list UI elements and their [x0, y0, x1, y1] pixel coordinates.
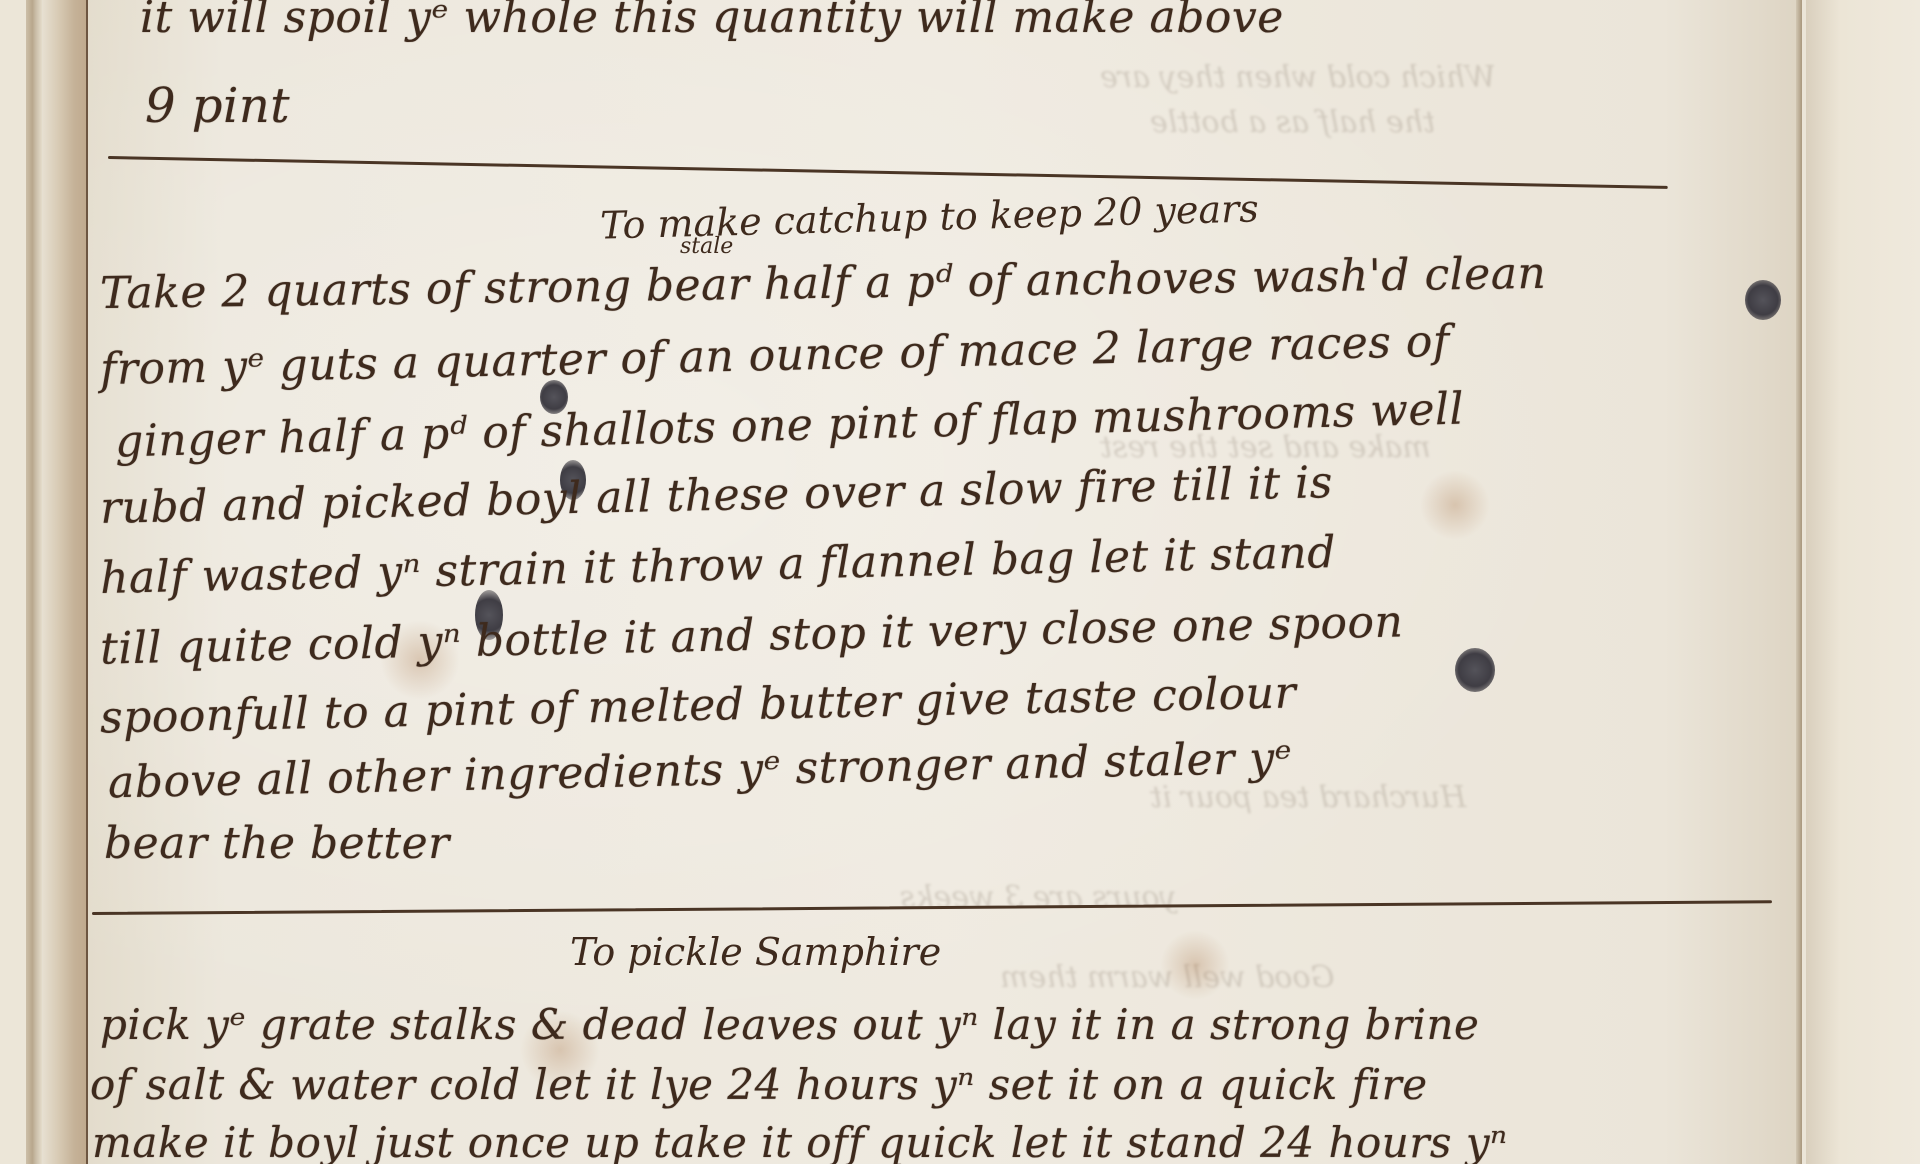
- foxing-stain: [1420, 470, 1490, 540]
- bleed-through-text: Which cold when they are: [1100, 60, 1496, 95]
- bleed-through-text: the half as a bottle: [1150, 105, 1435, 140]
- recipe-line: of salt & water cold let it lye 24 hours…: [90, 1060, 1428, 1109]
- ink-blot: [1745, 280, 1781, 320]
- previous-recipe-line: it will spoil yᵉ whole this quantity wil…: [140, 0, 1284, 43]
- recipe-line: bear the better: [104, 818, 450, 869]
- previous-recipe-line: 9 pint: [145, 78, 290, 134]
- guard-strip: [42, 0, 88, 1164]
- interlinear-insertion: stale: [680, 234, 733, 259]
- binding-edge: [26, 0, 42, 1164]
- recipe-line: make it boyl just once up take it off qu…: [92, 1118, 1508, 1164]
- recipe-title: To pickle Samphire: [570, 930, 941, 974]
- foxing-stain: [1160, 930, 1230, 1000]
- bleed-through-text: yours are 3 weeks: [900, 880, 1177, 915]
- facing-page: [1806, 0, 1920, 1164]
- ink-blot: [1455, 648, 1495, 692]
- recipe-line: pick yᵉ grate stalks & dead leaves out y…: [100, 1000, 1479, 1049]
